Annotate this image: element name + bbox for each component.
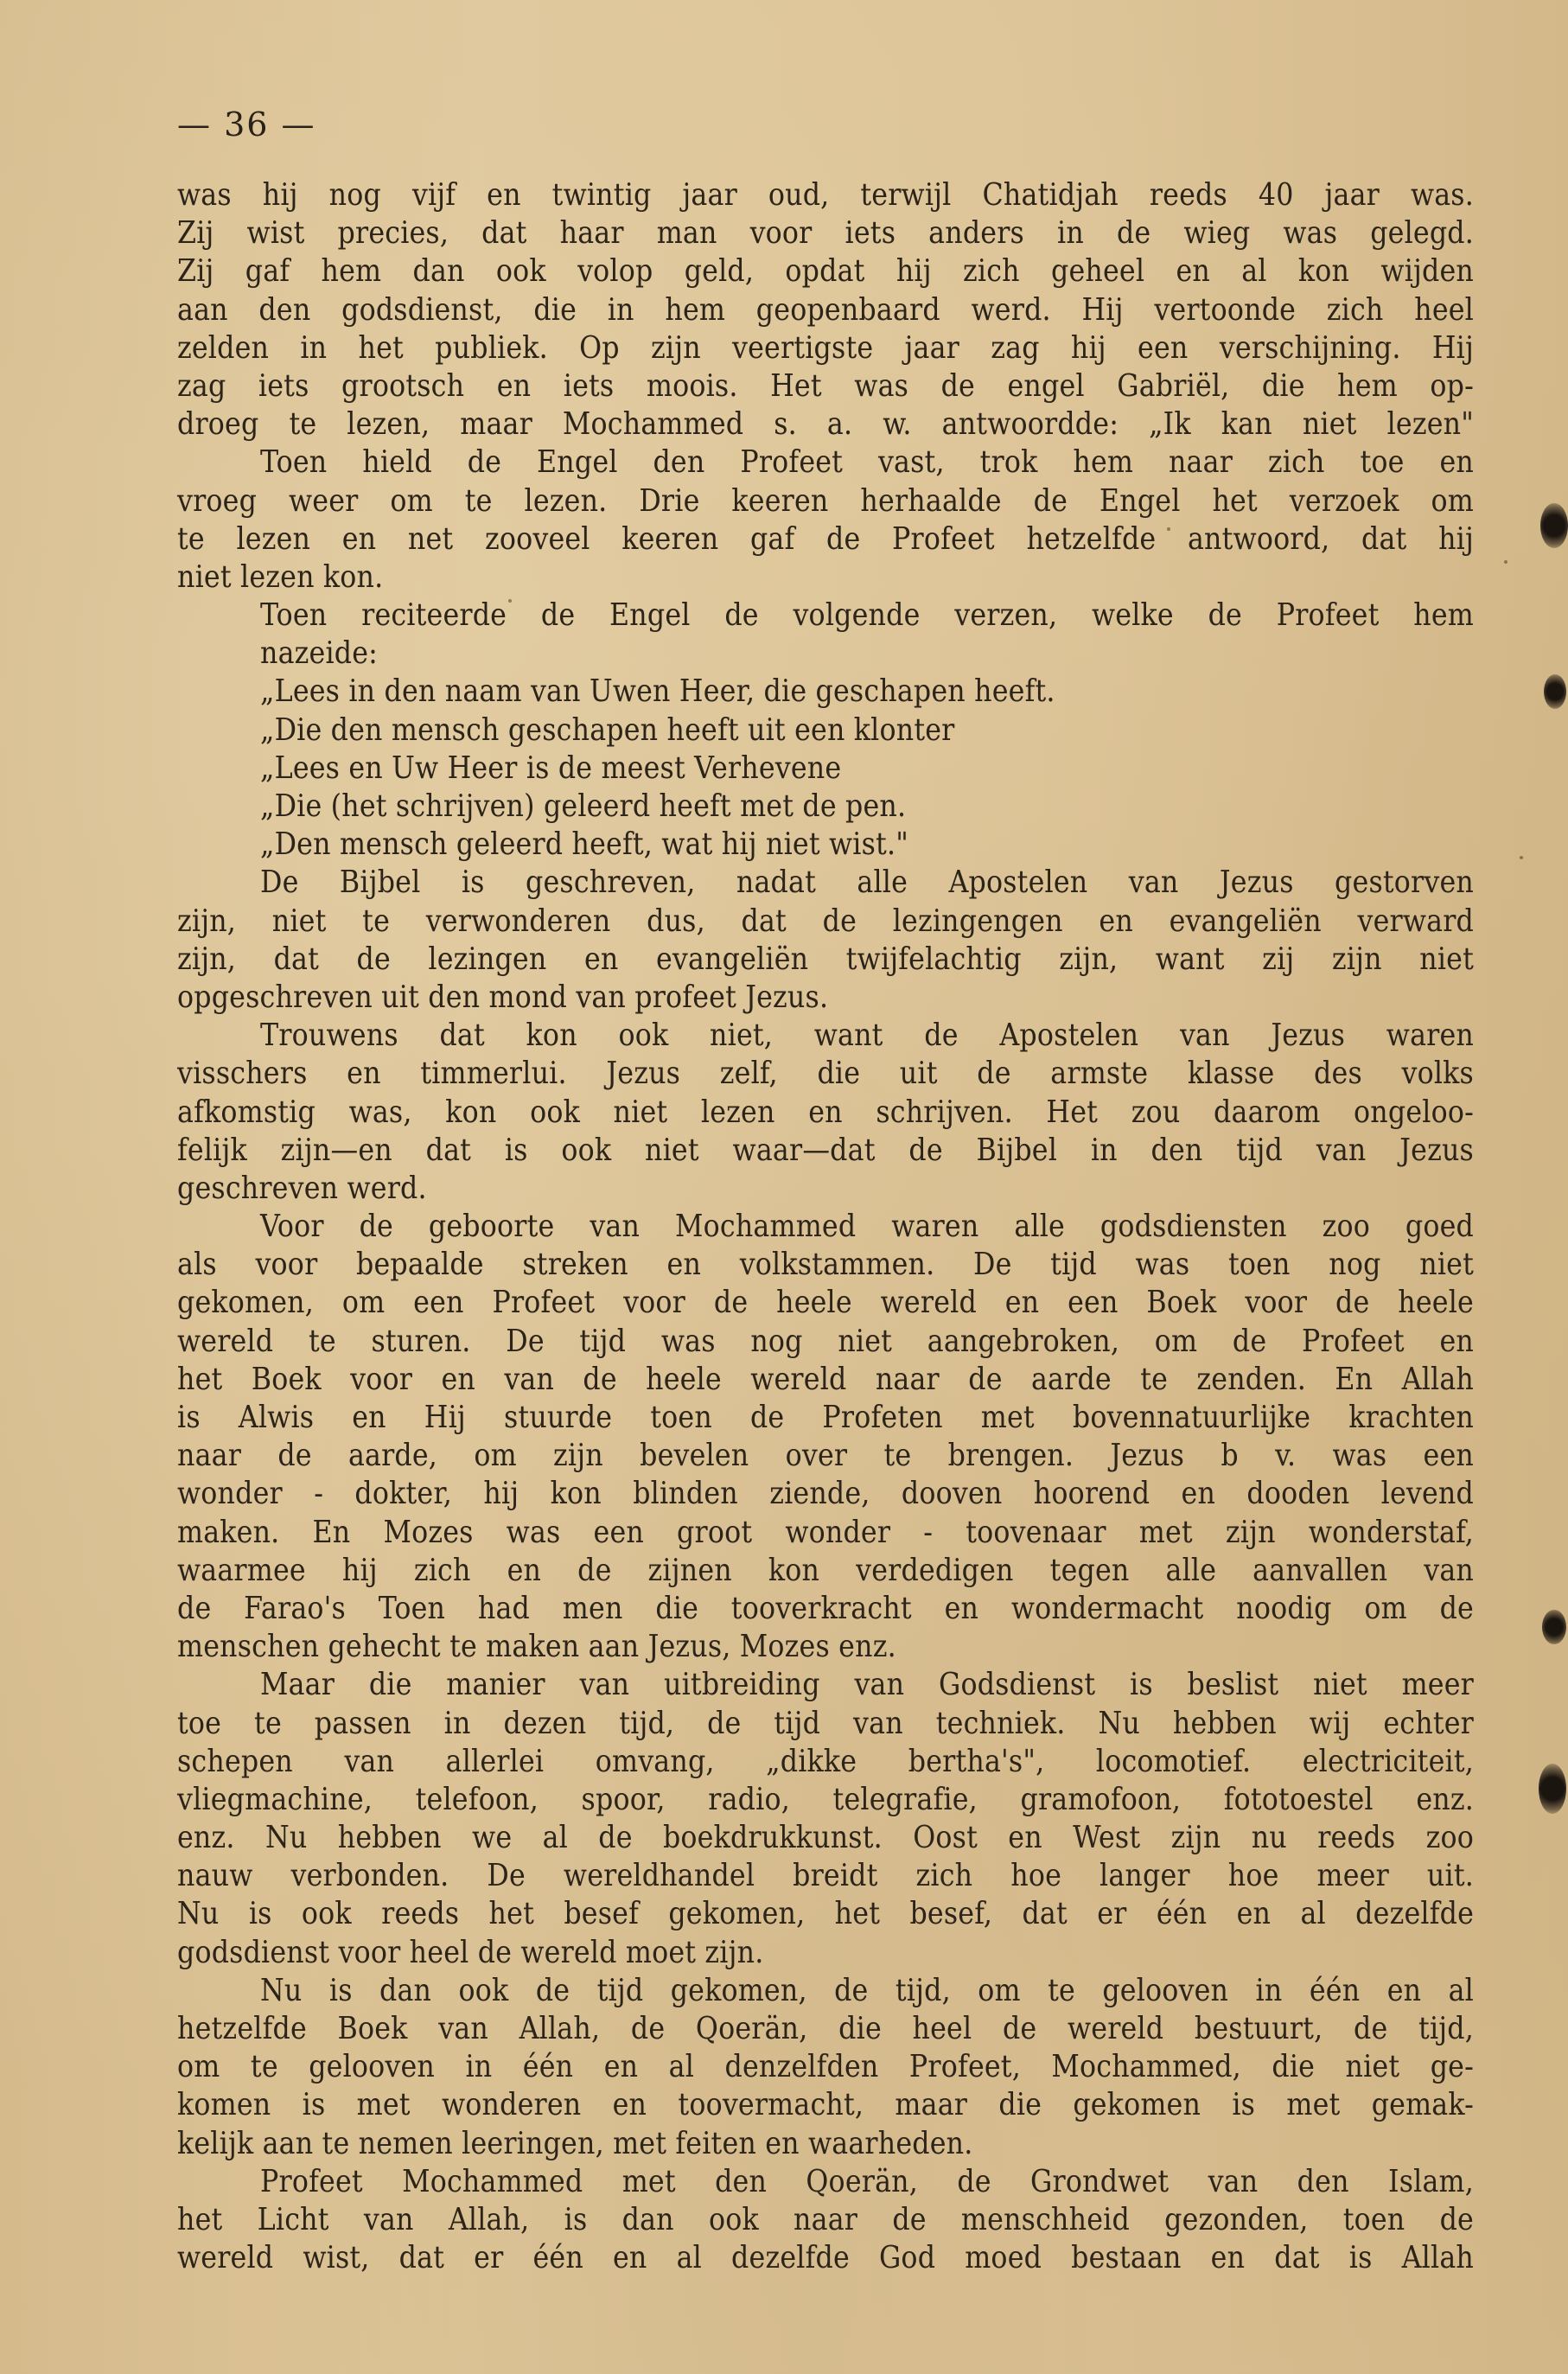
text-line: zelden in het publiek. Op zijn veertigst… [177, 329, 1474, 367]
text-line: Zij wist precies, dat haar man voor iets… [177, 214, 1474, 252]
text-line: schepen van allerlei omvang, „dikke bert… [177, 1743, 1474, 1781]
verse-line: „Lees en Uw Heer is de meest Verhevene [177, 750, 1474, 788]
text-line: het Licht van Allah, is dan ook naar de … [177, 2201, 1474, 2239]
verse-line: „Den mensch geleerd heeft, wat hij niet … [177, 826, 1474, 864]
text-line: het Boek voor en van de heele wereld naa… [177, 1361, 1474, 1399]
binding-hole-mark [1544, 674, 1566, 709]
paragraph-start-line: Trouwens dat kon ook niet, want de Apost… [177, 1017, 1474, 1055]
text-line: om te gelooven in één en al denzelfden P… [177, 2048, 1474, 2086]
text-line: wereld te sturen. De tijd was nog niet a… [177, 1323, 1474, 1361]
text-line: nauw verbonden. De wereldhandel breidt z… [177, 1857, 1474, 1895]
text-line: enz. Nu hebben we al de boekdrukkunst. O… [177, 1819, 1474, 1857]
paragraph-start-line: Nu is dan ook de tijd gekomen, de tijd, … [177, 1972, 1474, 2010]
text-line: gekomen, om een Profeet voor de heele we… [177, 1284, 1474, 1322]
text-line: was hij nog vijf en twintig jaar oud, te… [177, 176, 1474, 214]
binding-hole-mark [1539, 1764, 1566, 1814]
text-line: wonder - dokter, hij kon blinden ziende,… [177, 1475, 1474, 1513]
page-body-text: was hij nog vijf en twintig jaar oud, te… [177, 176, 1474, 2277]
paragraph-end-line: geschreven werd. [177, 1170, 1474, 1208]
paragraph-start-line: Maar die manier van uitbreiding van Gods… [177, 1666, 1474, 1704]
text-line: als voor bepaalde streken en volkstammen… [177, 1246, 1474, 1284]
paragraph-start-line: Toen reciteerde de Engel de volgende ver… [177, 597, 1474, 635]
paragraph-start-line: Voor de geboorte van Mochammed waren all… [177, 1208, 1474, 1246]
paragraph-end-line: godsdienst voor heel de wereld moet zijn… [177, 1934, 1474, 1972]
text-line: is Alwis en Hij stuurde toen de Profeten… [177, 1399, 1474, 1437]
text-line: wereld wist, dat er één en al dezelfde G… [177, 2239, 1474, 2277]
text-line: waarmee hij zich en de zijnen kon verded… [177, 1552, 1474, 1590]
verse-line: nazeide: [177, 635, 1474, 673]
page-number: — 36 — [177, 105, 316, 144]
text-line: aan den godsdienst, die in hem geopenbaa… [177, 291, 1474, 329]
text-line: maken. En Mozes was een groot wonder - t… [177, 1514, 1474, 1552]
text-line: zijn, niet te verwonderen dus, dat de le… [177, 903, 1474, 941]
text-line: Nu is ook reeds het besef gekomen, het b… [177, 1895, 1474, 1933]
paragraph-end-line: niet lezen kon. [177, 558, 1474, 597]
text-line: komen is met wonderen en toovermacht, ma… [177, 2086, 1474, 2124]
text-line: de Farao's Toen had men die tooverkracht… [177, 1590, 1474, 1628]
paper-speck [1167, 527, 1170, 531]
paper-speck [1520, 856, 1523, 859]
text-line: vliegmachine, telefoon, spoor, radio, te… [177, 1781, 1474, 1819]
text-line: vroeg weer om te lezen. Drie keeren herh… [177, 482, 1474, 520]
text-line: zijn, dat de lezingen en evangeliën twij… [177, 941, 1474, 979]
paper-speck [508, 599, 512, 603]
paragraph-end-line: kelijk aan te nemen leeringen, met feite… [177, 2125, 1474, 2163]
binding-hole-mark [1540, 503, 1568, 548]
verse-line: „Die (het schrijven) geleerd heeft met d… [177, 788, 1474, 826]
verse-line: „Die den mensch geschapen heeft uit een … [177, 712, 1474, 750]
text-line: toe te passen in dezen tijd, de tijd van… [177, 1705, 1474, 1743]
text-line: droeg te lezen, maar Mochammed s. a. w. … [177, 405, 1474, 444]
text-line: felijk zijn—en dat is ook niet waar—dat … [177, 1132, 1474, 1170]
text-line: te lezen en net zooveel keeren gaf de Pr… [177, 520, 1474, 558]
paragraph-start-line: Toen hield de Engel den Profeet vast, tr… [177, 444, 1474, 482]
paragraph-start-line: De Bijbel is geschreven, nadat alle Apos… [177, 864, 1474, 902]
verse-line: „Lees in den naam van Uwen Heer, die ges… [177, 673, 1474, 711]
paragraph-end-line: opgeschreven uit den mond van profeet Je… [177, 979, 1474, 1017]
paragraph-start-line: Profeet Mochammed met den Qoerän, de Gro… [177, 2163, 1474, 2201]
text-line: visschers en timmerlui. Jezus zelf, die … [177, 1055, 1474, 1093]
text-line: Zij gaf hem dan ook volop geld, opdat hi… [177, 252, 1474, 290]
paper-speck [1504, 560, 1507, 564]
text-line: naar de aarde, om zijn bevelen over te b… [177, 1437, 1474, 1475]
binding-hole-mark [1542, 1610, 1566, 1644]
text-line: afkomstig was, kon ook niet lezen en sch… [177, 1094, 1474, 1132]
paragraph-end-line: menschen gehecht te maken aan Jezus, Moz… [177, 1628, 1474, 1666]
text-line: zag iets grootsch en iets moois. Het was… [177, 367, 1474, 405]
text-line: hetzelfde Boek van Allah, de Qoerän, die… [177, 2010, 1474, 2048]
